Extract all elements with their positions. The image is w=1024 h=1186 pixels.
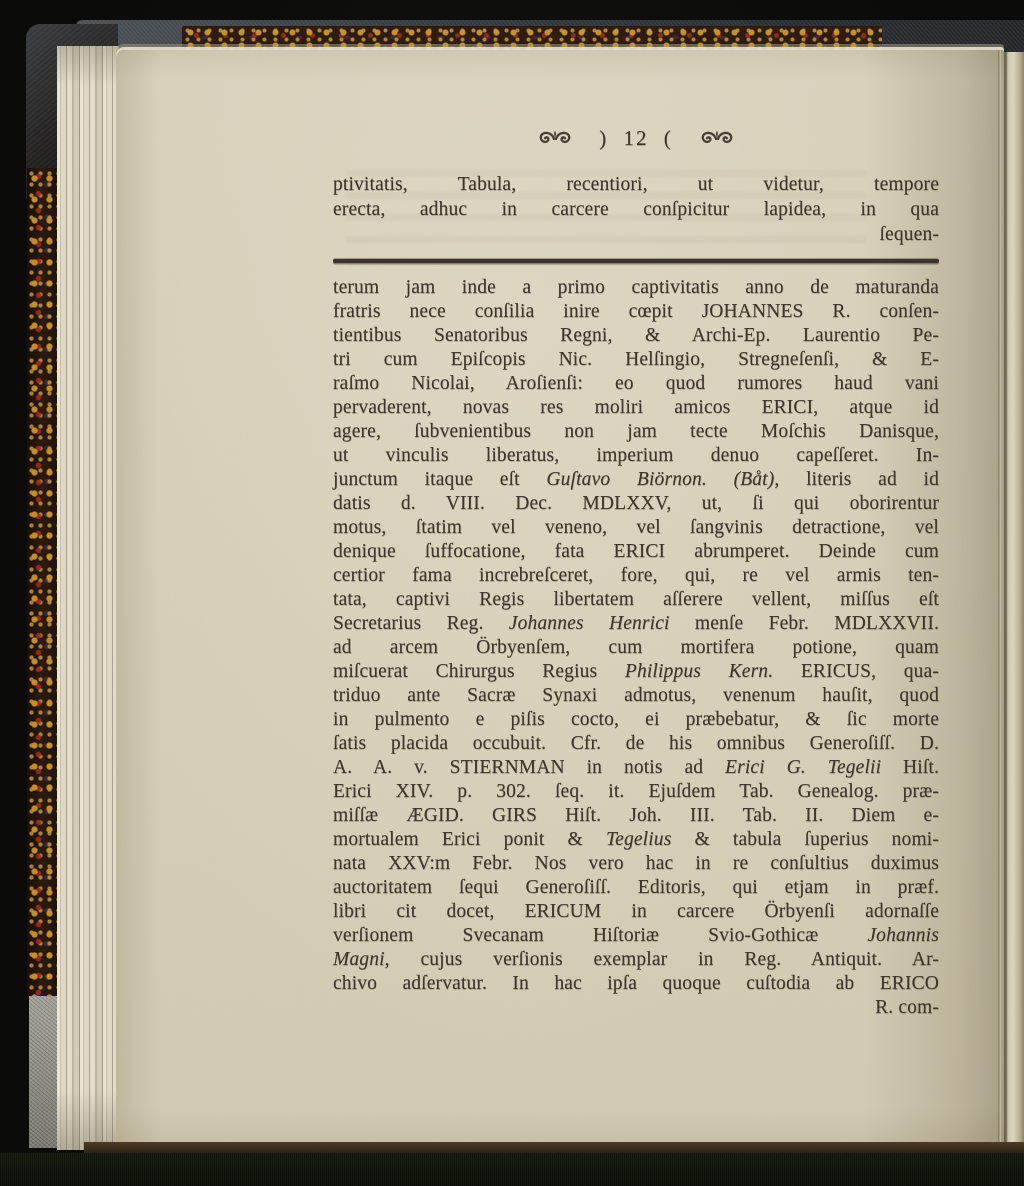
text-line: erecta, adhuc in carcere conſpicitur lap… [333, 197, 939, 222]
text-line: ad arcem Örbyenſem, cum mortifera potion… [333, 636, 939, 660]
text-line: Magni, cujus verſionis exemplar in Reg. … [333, 948, 939, 972]
text-line: agere, ſubvenientibus non jam tecte Moſc… [333, 420, 939, 444]
text-segment: tri cum Epiſcopis Nic. Helſingio, Stregn… [333, 349, 939, 370]
binding-crease [998, 50, 1001, 1148]
text-segment: R. com- [875, 997, 939, 1018]
text-line: tri cum Epiſcopis Nic. Helſingio, Stregn… [333, 348, 939, 372]
marbled-paper-top-strip [182, 26, 882, 51]
text-segment: ad arcem Örbyenſem, cum mortifera potion… [333, 637, 939, 658]
text-line: nata XXV:m Febr. Nos vero hac in re conſ… [333, 852, 939, 876]
text-line: motus, ſtatim vel veneno, vel ſangvinis … [333, 516, 939, 540]
bottom-dark-band [0, 1153, 1024, 1186]
text-line: R. com- [333, 996, 939, 1020]
text-segment: , cujus verſionis exemplar in Reg. Antiq… [385, 949, 939, 970]
text-line: triduo ante Sacræ Synaxi admotus, venenu… [333, 684, 939, 708]
italic-text-segment: Erici G. Tegelii [725, 757, 881, 778]
text-segment: terum jam inde a primo captivitatis anno… [333, 277, 939, 298]
text-segment: Hiſt. [881, 757, 939, 778]
page-edges-stack [57, 46, 119, 1150]
text-line: terum jam inde a primo captivitatis anno… [333, 276, 939, 300]
text-line: tata, captivi Regis libertatem aſſerere … [333, 588, 939, 612]
text-segment: Erici XIV. p. 302. ſeq. it. Ejuſdem Tab.… [333, 781, 939, 802]
text-line: auctoritatem ſequi Generoſiſſ. Editoris,… [333, 876, 939, 900]
text-line: certior fama increbreſceret, fore, qui, … [333, 564, 939, 588]
text-segment: mortualem Erici ponit & [333, 829, 606, 850]
italic-text-segment: Tegelius [606, 829, 672, 850]
text-segment: denique ſuffocatione, fata ERICI abrumpe… [333, 541, 939, 562]
text-segment: ut vinculis liberatus, imperium denuo ca… [333, 445, 939, 466]
italic-text-segment: Magni [333, 949, 385, 970]
top-paragraph-fragment: ptivitatis, Tabula, recentiori, ut videt… [333, 172, 939, 247]
text-line: Secretarius Reg. Johannes Henrici menſe … [333, 612, 939, 636]
text-segment: erecta, adhuc in carcere conſpicitur lap… [333, 199, 939, 220]
text-segment: pervaderent, novas res moliri amicos ERI… [333, 397, 939, 418]
text-segment: triduo ante Sacræ Synaxi admotus, venenu… [333, 685, 939, 706]
text-segment: ERICUS, qua- [773, 661, 939, 682]
text-segment: & tabula ſuperius nomi- [671, 829, 939, 850]
printer-ornament-icon [537, 130, 573, 147]
text-segment: , literis ad id [774, 469, 939, 490]
book-photo-scene: ) 12 ( ptivitatis, Tabula, recentiori, u… [0, 0, 1024, 1186]
text-line: raſmo Nicolai, Aroſienſi: eo quod rumore… [333, 372, 939, 396]
text-line: in pulmento e piſis cocto, ei præbebatur… [333, 708, 939, 732]
text-line: chivo adſervatur. In hac ipſa quoque cuſ… [333, 972, 939, 996]
text-segment: miſcuerat Chirurgus Regius [333, 661, 625, 682]
text-line: pervaderent, novas res moliri amicos ERI… [333, 396, 939, 420]
text-line: ſequen- [333, 222, 939, 247]
text-segment: menſe Febr. MDLXXVII. [670, 613, 939, 634]
text-line: datis d. VIII. Dec. MDLXXV, ut, ſi qui o… [333, 492, 939, 516]
main-paragraph: terum jam inde a primo captivitatis anno… [333, 276, 939, 1020]
text-line: ptivitatis, Tabula, recentiori, ut videt… [333, 172, 939, 197]
text-segment: nata XXV:m Febr. Nos vero hac in re conſ… [333, 853, 939, 874]
text-segment: fratris nece conſilia inire cœpit JOHANN… [333, 301, 939, 322]
text-line: A. A. v. STIERNMAN in notis ad Erici G. … [333, 756, 939, 780]
text-line: miſſæ ÆGID. GIRS Hiſt. Joh. III. Tab. II… [333, 804, 939, 828]
text-segment: chivo adſervatur. In hac ipſa quoque cuſ… [333, 973, 939, 994]
text-segment: in pulmento e piſis cocto, ei præbebatur… [333, 709, 939, 730]
text-segment: ptivitatis, Tabula, recentiori, ut videt… [333, 174, 939, 195]
text-segment: verſionem Svecanam Hiſtoriæ Svio-Gothicæ [333, 925, 867, 946]
text-line: verſionem Svecanam Hiſtoriæ Svio-Gothicæ… [333, 924, 939, 948]
text-line: ſatis placida occubuit. Cfr. de his omni… [333, 732, 939, 756]
text-segment: miſſæ ÆGID. GIRS Hiſt. Joh. III. Tab. II… [333, 805, 939, 826]
text-segment: A. A. v. STIERNMAN in notis ad [333, 757, 725, 778]
text-line: ut vinculis liberatus, imperium denuo ca… [333, 444, 939, 468]
text-segment: ſatis placida occubuit. Cfr. de his omni… [333, 733, 939, 754]
text-segment: motus, ſtatim vel veneno, vel ſangvinis … [333, 517, 939, 538]
text-line: mortualem Erici ponit & Tegelius & tabul… [333, 828, 939, 852]
italic-text-segment: Johannis [867, 925, 939, 946]
text-line: libri cit docet, ERICUM in carcere Örbye… [333, 900, 939, 924]
text-segment: agere, ſubvenientibus non jam tecte Moſc… [333, 421, 939, 442]
text-segment: libri cit docet, ERICUM in carcere Örbye… [333, 901, 939, 922]
italic-text-segment: Guſtavo Biörnon. (Båt) [546, 469, 774, 490]
printer-ornament-icon [699, 130, 735, 147]
text-segment: tata, captivi Regis libertatem aſſerere … [333, 589, 939, 610]
text-line: denique ſuffocatione, fata ERICI abrumpe… [333, 540, 939, 564]
page-number: ) 12 ( [599, 126, 673, 151]
text-segment: Secretarius Reg. [333, 613, 509, 634]
text-segment: junctum itaque eſt [333, 469, 546, 490]
text-line: fratris nece conſilia inire cœpit JOHANN… [333, 300, 939, 324]
text-line: Erici XIV. p. 302. ſeq. it. Ejuſdem Tab.… [333, 780, 939, 804]
text-segment: auctoritatem ſequi Generoſiſſ. Editoris,… [333, 877, 939, 898]
text-segment: tientibus Senatoribus Regni, & Archi-Ep.… [333, 325, 939, 346]
book-page: ) 12 ( ptivitatis, Tabula, recentiori, u… [116, 50, 1004, 1148]
text-segment: certior fama increbreſceret, fore, qui, … [333, 565, 939, 586]
italic-text-segment: Johannes Henrici [509, 613, 670, 634]
text-line: junctum itaque eſt Guſtavo Biörnon. (Båt… [333, 468, 939, 492]
text-segment: ſequen- [879, 224, 939, 245]
text-line: miſcuerat Chirurgus Regius Philippus Ker… [333, 660, 939, 684]
facing-page-sliver [1004, 52, 1024, 1150]
italic-text-segment: Philippus Kern. [625, 661, 773, 682]
text-line: tientibus Senatoribus Regni, & Archi-Ep.… [333, 324, 939, 348]
footnote-divider-rule [333, 259, 939, 263]
page-header: ) 12 ( [333, 123, 939, 153]
text-segment: datis d. VIII. Dec. MDLXXV, ut, ſi qui o… [333, 493, 939, 514]
text-segment: raſmo Nicolai, Aroſienſi: eo quod rumore… [333, 373, 939, 394]
